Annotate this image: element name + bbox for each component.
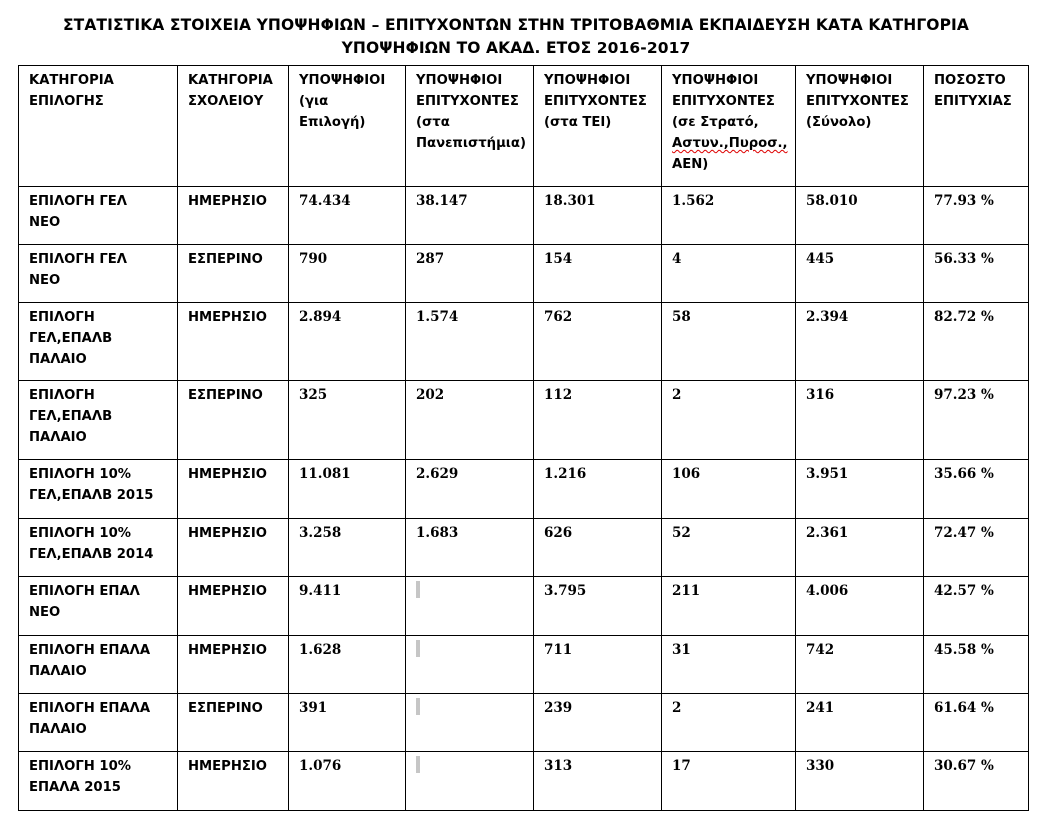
tei-cell: 3.795 bbox=[534, 577, 662, 636]
category-text: ΕΠΙΛΟΓΗ ΕΠΑΛΑ bbox=[29, 698, 177, 719]
category-text: ΕΠΙΛΟΓΗ ΓΕΛ bbox=[29, 249, 177, 270]
category-text: ΠΑΛΑΙΟ bbox=[29, 719, 177, 740]
header-text: ΣΧΟΛΕΙΟΥ bbox=[188, 91, 288, 112]
empty-placeholder-mark bbox=[416, 640, 420, 657]
table-row: ΕΠΙΛΟΓΗΓΕΛ,ΕΠΑΛΒΠΑΛΑΙΟΕΣΠΕΡΙΝΟ3252021122… bbox=[19, 381, 1029, 460]
document-title: ΣΤΑΤΙΣΤΙΚΑ ΣΤΟΙΧΕΙΑ ΥΠΟΨΗΦΙΩΝ – ΕΠΙΤΥΧΟΝ… bbox=[0, 14, 1032, 60]
tei-cell: 313 bbox=[534, 752, 662, 811]
category-text: ΕΠΙΛΟΓΗ 10% bbox=[29, 464, 177, 485]
military-cell: 58 bbox=[662, 303, 796, 381]
title-line-1: ΣΤΑΤΙΣΤΙΚΑ ΣΤΟΙΧΕΙΑ ΥΠΟΨΗΦΙΩΝ – ΕΠΙΤΥΧΟΝ… bbox=[0, 14, 1032, 37]
rate-cell: 77.93 % bbox=[924, 187, 1029, 245]
header-text: (Σύνολο) bbox=[806, 112, 923, 133]
university-cell bbox=[406, 636, 534, 694]
category-cell: ΕΠΙΛΟΓΗ ΕΠΑΛΑΠΑΛΑΙΟ bbox=[19, 694, 178, 752]
category-cell: ΕΠΙΛΟΓΗΓΕΛ,ΕΠΑΛΒΠΑΛΑΙΟ bbox=[19, 381, 178, 460]
total-cell: 241 bbox=[796, 694, 924, 752]
university-cell: 287 bbox=[406, 245, 534, 303]
military-cell: 211 bbox=[662, 577, 796, 636]
university-cell: 2.629 bbox=[406, 460, 534, 519]
school-cell: ΕΣΠΕΡΙΝΟ bbox=[178, 245, 289, 303]
header-text: ΚΑΤΗΓΟΡΙΑ bbox=[188, 70, 288, 91]
category-text: ΕΠΙΛΟΓΗ ΕΠΑΛ bbox=[29, 581, 177, 602]
tei-cell: 711 bbox=[534, 636, 662, 694]
tei-cell: 762 bbox=[534, 303, 662, 381]
table-row: ΕΠΙΛΟΓΗ ΓΕΛΝΕΟΗΜΕΡΗΣΙΟ74.43438.14718.301… bbox=[19, 187, 1029, 245]
school-cell: ΗΜΕΡΗΣΙΟ bbox=[178, 636, 289, 694]
school-cell: ΗΜΕΡΗΣΙΟ bbox=[178, 519, 289, 577]
total-cell: 2.361 bbox=[796, 519, 924, 577]
candidates-cell: 74.434 bbox=[289, 187, 406, 245]
total-cell: 2.394 bbox=[796, 303, 924, 381]
category-cell: ΕΠΙΛΟΓΗ ΓΕΛΝΕΟ bbox=[19, 187, 178, 245]
total-cell: 316 bbox=[796, 381, 924, 460]
candidates-cell: 3.258 bbox=[289, 519, 406, 577]
header-successful-university: ΥΠΟΨΗΦΙΟΙ ΕΠΙΤΥΧΟΝΤΕΣ (στα Πανεπιστήμια) bbox=[406, 66, 534, 187]
statistics-table: ΚΑΤΗΓΟΡΙΑ ΕΠΙΛΟΓΗΣ ΚΑΤΗΓΟΡΙΑ ΣΧΟΛΕΙΟΥ ΥΠ… bbox=[18, 65, 1029, 811]
header-text: ΥΠΟΨΗΦΙΟΙ bbox=[416, 70, 533, 91]
university-cell bbox=[406, 694, 534, 752]
header-text: ΥΠΟΨΗΦΙΟΙ bbox=[544, 70, 661, 91]
university-cell bbox=[406, 752, 534, 811]
table-header-row: ΚΑΤΗΓΟΡΙΑ ΕΠΙΛΟΓΗΣ ΚΑΤΗΓΟΡΙΑ ΣΧΟΛΕΙΟΥ ΥΠ… bbox=[19, 66, 1029, 187]
empty-placeholder-mark bbox=[416, 756, 420, 773]
header-text: ΕΠΙΛΟΓΗΣ bbox=[29, 91, 177, 112]
rate-cell: 72.47 % bbox=[924, 519, 1029, 577]
category-text: ΓΕΛ,ΕΠΑΛΒ bbox=[29, 406, 177, 427]
category-text: ΝΕΟ bbox=[29, 602, 177, 623]
category-text: ΕΠΙΛΟΓΗ 10% bbox=[29, 756, 177, 777]
table-row: ΕΠΙΛΟΓΗ ΕΠΑΛΑΠΑΛΑΙΟΗΜΕΡΗΣΙΟ1.62871131742… bbox=[19, 636, 1029, 694]
total-cell: 742 bbox=[796, 636, 924, 694]
school-cell: ΗΜΕΡΗΣΙΟ bbox=[178, 577, 289, 636]
header-text: ΚΑΤΗΓΟΡΙΑ bbox=[29, 70, 177, 91]
header-text: ΕΠΙΤΥΧΟΝΤΕΣ bbox=[672, 91, 795, 112]
category-text: ΝΕΟ bbox=[29, 270, 177, 291]
table-row: ΕΠΙΛΟΓΗ ΕΠΑΛΝΕΟΗΜΕΡΗΣΙΟ9.4113.7952114.00… bbox=[19, 577, 1029, 636]
header-text: (στα ΤΕΙ) bbox=[544, 112, 661, 133]
military-cell: 2 bbox=[662, 381, 796, 460]
tei-cell: 154 bbox=[534, 245, 662, 303]
category-text: ΕΠΙΛΟΓΗ bbox=[29, 307, 177, 328]
header-candidates: ΥΠΟΨΗΦΙΟΙ (για Επιλογή) bbox=[289, 66, 406, 187]
military-cell: 4 bbox=[662, 245, 796, 303]
category-text: ΠΑΛΑΙΟ bbox=[29, 661, 177, 682]
rate-cell: 45.58 % bbox=[924, 636, 1029, 694]
category-text: ΕΠΙΛΟΓΗ 10% bbox=[29, 523, 177, 544]
military-cell: 52 bbox=[662, 519, 796, 577]
header-successful-total: ΥΠΟΨΗΦΙΟΙ ΕΠΙΤΥΧΟΝΤΕΣ (Σύνολο) bbox=[796, 66, 924, 187]
military-cell: 106 bbox=[662, 460, 796, 519]
category-text: ΠΑΛΑΙΟ bbox=[29, 349, 177, 370]
table-row: ΕΠΙΛΟΓΗ ΕΠΑΛΑΠΑΛΑΙΟΕΣΠΕΡΙΝΟ391239224161.… bbox=[19, 694, 1029, 752]
candidates-cell: 1.076 bbox=[289, 752, 406, 811]
candidates-cell: 391 bbox=[289, 694, 406, 752]
table-row: ΕΠΙΛΟΓΗ 10%ΓΕΛ,ΕΠΑΛΒ 2014ΗΜΕΡΗΣΙΟ3.2581.… bbox=[19, 519, 1029, 577]
header-text: ΑΕΝ) bbox=[672, 154, 795, 175]
candidates-cell: 1.628 bbox=[289, 636, 406, 694]
table-row: ΕΠΙΛΟΓΗ 10%ΕΠΑΛΑ 2015ΗΜΕΡΗΣΙΟ1.076313173… bbox=[19, 752, 1029, 811]
header-successful-military: ΥΠΟΨΗΦΙΟΙ ΕΠΙΤΥΧΟΝΤΕΣ (σε Στρατό, Αστυν.… bbox=[662, 66, 796, 187]
table-body: ΕΠΙΛΟΓΗ ΓΕΛΝΕΟΗΜΕΡΗΣΙΟ74.43438.14718.301… bbox=[19, 187, 1029, 811]
table-row: ΕΠΙΛΟΓΗΓΕΛ,ΕΠΑΛΒΠΑΛΑΙΟΗΜΕΡΗΣΙΟ2.8941.574… bbox=[19, 303, 1029, 381]
header-text: ΥΠΟΨΗΦΙΟΙ bbox=[299, 70, 405, 91]
table-row: ΕΠΙΛΟΓΗ 10%ΓΕΛ,ΕΠΑΛΒ 2015ΗΜΕΡΗΣΙΟ11.0812… bbox=[19, 460, 1029, 519]
candidates-cell: 790 bbox=[289, 245, 406, 303]
tei-cell: 18.301 bbox=[534, 187, 662, 245]
candidates-cell: 9.411 bbox=[289, 577, 406, 636]
candidates-cell: 11.081 bbox=[289, 460, 406, 519]
category-cell: ΕΠΙΛΟΓΗ ΕΠΑΛΑΠΑΛΑΙΟ bbox=[19, 636, 178, 694]
military-cell: 1.562 bbox=[662, 187, 796, 245]
total-cell: 3.951 bbox=[796, 460, 924, 519]
rate-cell: 56.33 % bbox=[924, 245, 1029, 303]
category-text: ΓΕΛ,ΕΠΑΛΒ 2015 bbox=[29, 485, 177, 506]
school-cell: ΗΜΕΡΗΣΙΟ bbox=[178, 187, 289, 245]
header-text-spellcheck: Αστυν.,Πυροσ., bbox=[672, 133, 795, 154]
military-cell: 2 bbox=[662, 694, 796, 752]
university-cell bbox=[406, 577, 534, 636]
rate-cell: 97.23 % bbox=[924, 381, 1029, 460]
rate-cell: 61.64 % bbox=[924, 694, 1029, 752]
category-text: ΕΠΙΛΟΓΗ ΓΕΛ bbox=[29, 191, 177, 212]
category-text: ΓΕΛ,ΕΠΑΛΒ 2014 bbox=[29, 544, 177, 565]
military-cell: 31 bbox=[662, 636, 796, 694]
category-cell: ΕΠΙΛΟΓΗ ΓΕΛΝΕΟ bbox=[19, 245, 178, 303]
category-cell: ΕΠΙΛΟΓΗ 10%ΕΠΑΛΑ 2015 bbox=[19, 752, 178, 811]
header-text: (στα bbox=[416, 112, 533, 133]
category-text: ΕΠΑΛΑ 2015 bbox=[29, 777, 177, 798]
rate-cell: 42.57 % bbox=[924, 577, 1029, 636]
university-cell: 1.574 bbox=[406, 303, 534, 381]
candidates-cell: 2.894 bbox=[289, 303, 406, 381]
header-text: ΕΠΙΤΥΧΙΑΣ bbox=[934, 91, 1028, 112]
category-cell: ΕΠΙΛΟΓΗ 10%ΓΕΛ,ΕΠΑΛΒ 2014 bbox=[19, 519, 178, 577]
header-text: (σε Στρατό, bbox=[672, 112, 795, 133]
header-text: ΕΠΙΤΥΧΟΝΤΕΣ bbox=[806, 91, 923, 112]
category-text: ΠΑΛΑΙΟ bbox=[29, 427, 177, 448]
total-cell: 4.006 bbox=[796, 577, 924, 636]
header-text: ΥΠΟΨΗΦΙΟΙ bbox=[806, 70, 923, 91]
rate-cell: 82.72 % bbox=[924, 303, 1029, 381]
category-text: ΕΠΙΛΟΓΗ ΕΠΑΛΑ bbox=[29, 640, 177, 661]
tei-cell: 112 bbox=[534, 381, 662, 460]
total-cell: 58.010 bbox=[796, 187, 924, 245]
rate-cell: 35.66 % bbox=[924, 460, 1029, 519]
university-cell: 1.683 bbox=[406, 519, 534, 577]
header-text: ΠΟΣΟΣΤΟ bbox=[934, 70, 1028, 91]
category-cell: ΕΠΙΛΟΓΗ 10%ΓΕΛ,ΕΠΑΛΒ 2015 bbox=[19, 460, 178, 519]
table-row: ΕΠΙΛΟΓΗ ΓΕΛΝΕΟΕΣΠΕΡΙΝΟ790287154444556.33… bbox=[19, 245, 1029, 303]
header-text: ΥΠΟΨΗΦΙΟΙ bbox=[672, 70, 795, 91]
total-cell: 330 bbox=[796, 752, 924, 811]
category-cell: ΕΠΙΛΟΓΗΓΕΛ,ΕΠΑΛΒΠΑΛΑΙΟ bbox=[19, 303, 178, 381]
header-text: Πανεπιστήμια) bbox=[416, 133, 533, 154]
rate-cell: 30.67 % bbox=[924, 752, 1029, 811]
header-success-rate: ΠΟΣΟΣΤΟ ΕΠΙΤΥΧΙΑΣ bbox=[924, 66, 1029, 187]
tei-cell: 626 bbox=[534, 519, 662, 577]
tei-cell: 239 bbox=[534, 694, 662, 752]
header-text: ΕΠΙΤΥΧΟΝΤΕΣ bbox=[544, 91, 661, 112]
school-cell: ΕΣΠΕΡΙΝΟ bbox=[178, 381, 289, 460]
school-cell: ΕΣΠΕΡΙΝΟ bbox=[178, 694, 289, 752]
header-school-category: ΚΑΤΗΓΟΡΙΑ ΣΧΟΛΕΙΟΥ bbox=[178, 66, 289, 187]
empty-placeholder-mark bbox=[416, 698, 420, 715]
title-line-2: ΥΠΟΨΗΦΙΩΝ ΤΟ ΑΚΑΔ. ΕΤΟΣ 2016-2017 bbox=[0, 37, 1032, 60]
candidates-cell: 325 bbox=[289, 381, 406, 460]
header-text: Επιλογή) bbox=[299, 112, 405, 133]
category-text: ΓΕΛ,ΕΠΑΛΒ bbox=[29, 328, 177, 349]
category-cell: ΕΠΙΛΟΓΗ ΕΠΑΛΝΕΟ bbox=[19, 577, 178, 636]
category-text: ΕΠΙΛΟΓΗ bbox=[29, 385, 177, 406]
university-cell: 38.147 bbox=[406, 187, 534, 245]
school-cell: ΗΜΕΡΗΣΙΟ bbox=[178, 303, 289, 381]
header-successful-tei: ΥΠΟΨΗΦΙΟΙ ΕΠΙΤΥΧΟΝΤΕΣ (στα ΤΕΙ) bbox=[534, 66, 662, 187]
military-cell: 17 bbox=[662, 752, 796, 811]
empty-placeholder-mark bbox=[416, 581, 420, 598]
total-cell: 445 bbox=[796, 245, 924, 303]
header-text: ΕΠΙΤΥΧΟΝΤΕΣ bbox=[416, 91, 533, 112]
tei-cell: 1.216 bbox=[534, 460, 662, 519]
category-text: ΝΕΟ bbox=[29, 212, 177, 233]
school-cell: ΗΜΕΡΗΣΙΟ bbox=[178, 752, 289, 811]
header-text: (για bbox=[299, 91, 405, 112]
school-cell: ΗΜΕΡΗΣΙΟ bbox=[178, 460, 289, 519]
university-cell: 202 bbox=[406, 381, 534, 460]
header-selection-category: ΚΑΤΗΓΟΡΙΑ ΕΠΙΛΟΓΗΣ bbox=[19, 66, 178, 187]
